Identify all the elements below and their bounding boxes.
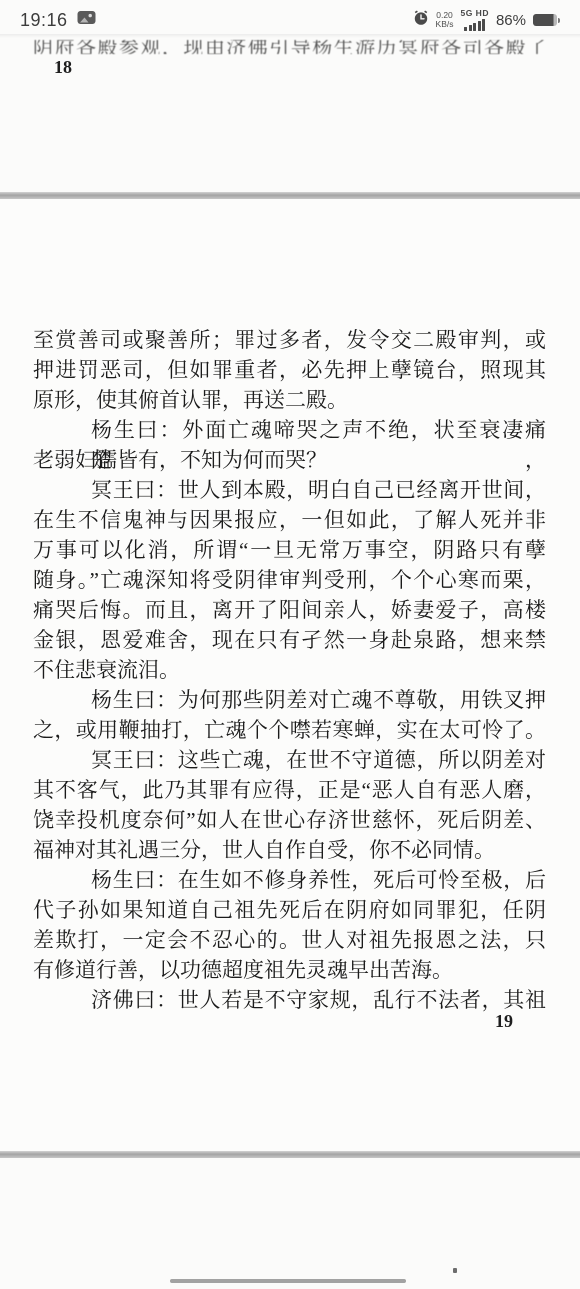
network-type-label: 5G HD <box>460 9 488 18</box>
text-line: 代子孙如果知道自己祖先死后在阴府如同罪犯，任阴 <box>33 895 546 925</box>
text-line: 差欺打，一定会不忍心的。世人对祖先报恩之法，只 <box>33 925 546 955</box>
signal-strength-bars <box>464 19 485 31</box>
battery-icon <box>533 14 560 26</box>
text-line: 其不客气，此乃其罪有应得，正是“恶人自有恶人磨， <box>33 775 546 805</box>
signal-bars-icon: 5G HD <box>460 9 488 31</box>
text-line: 金银，恩爱难舍，现在只有孑然一身赴泉路，想来禁 <box>33 625 546 655</box>
status-bar-right: 0.20 KB/s 5G HD 86% <box>413 9 560 31</box>
home-indicator[interactable] <box>170 1279 406 1283</box>
phone-screen: 19:16 0.20 KB/s <box>0 0 580 1289</box>
scan-artifact-dot <box>453 1268 457 1273</box>
book-page[interactable]: 至赏善司或聚善所；罪过多者，发令交二殿审判，或 押进罚恶司，但如罪重者，必先押上… <box>0 199 580 1151</box>
text-line: 有修道行善，以功德超度祖先灵魂早出苦海。 <box>33 955 546 985</box>
network-speed-unit: KB/s <box>436 20 454 29</box>
text-line: 随身。”亡魂深知将受阴律审判受刑，个个心寒而栗， <box>33 565 546 595</box>
screenshot-icon <box>77 10 96 30</box>
text-line: 至赏善司或聚善所；罪过多者，发令交二殿审判，或 <box>33 325 546 355</box>
page-gap-separator-top <box>0 192 580 199</box>
text-line: 押进罚恶司，但如罪重者，必先押上孽镜台，照现其 <box>33 355 546 385</box>
clock-time: 19:16 <box>20 10 68 31</box>
current-page-number: 19 <box>495 1011 513 1032</box>
text-line: 之，或用鞭抽打，亡魂个个噤若寒蝉，实在太可怜了。 <box>33 715 546 745</box>
prev-page-number: 18 <box>54 57 72 78</box>
alarm-clock-icon <box>413 10 429 31</box>
text-line: 杨生曰：在生如不修身养性，死后可怜至极，后 <box>33 865 546 895</box>
text-line: 原形，使其俯首认罪，再送二殿。 <box>33 385 546 415</box>
text-line: 在生不信鬼神与因果报应，一但如此，了解人死并非 <box>33 505 546 535</box>
network-speed: 0.20 KB/s <box>436 11 454 29</box>
battery-percent-label: 86% <box>496 12 526 29</box>
text-line: 饶幸投机度奈何”如人在世心存济世慈怀，死后阴差、 <box>33 805 546 835</box>
page-text-block: 至赏善司或聚善所；罪过多者，发令交二殿审判，或 押进罚恶司，但如罪重者，必先押上… <box>33 325 546 1015</box>
text-line: 痛哭后悔。而且，离开了阳间亲人，娇妻爱子，高楼 <box>33 595 546 625</box>
text-line: 不住悲衰流泪。 <box>33 655 546 685</box>
text-line: 杨生曰：为何那些阴差对亡魂不尊敬，用铁叉押 <box>33 685 546 715</box>
clipped-text-line: 阴府各殿参观，现由济佛引导杨生游历冥府各司各殿了 <box>33 40 547 54</box>
text-line: 济佛曰：世人若是不守家规，乱行不法者，其祖 <box>33 985 546 1015</box>
status-bar-left: 19:16 <box>20 10 96 31</box>
page-gap-separator-bottom <box>0 1151 580 1158</box>
text-line: 万事可以化消，所谓“一旦无常万事空，阴路只有孽 <box>33 535 546 565</box>
status-bar: 19:16 0.20 KB/s <box>0 0 580 34</box>
text-line: 福神对其礼遇三分，世人自作自受，你不必同情。 <box>33 835 546 865</box>
text-line: 杨生曰：外面亡魂啼哭之声不绝，状至衰凄痛楚， <box>33 415 546 445</box>
text-line: 冥王曰：世人到本殿，明白自己已经离开世间， <box>33 475 546 505</box>
text-line: 冥王曰：这些亡魂，在世不守道德，所以阴差对 <box>33 745 546 775</box>
